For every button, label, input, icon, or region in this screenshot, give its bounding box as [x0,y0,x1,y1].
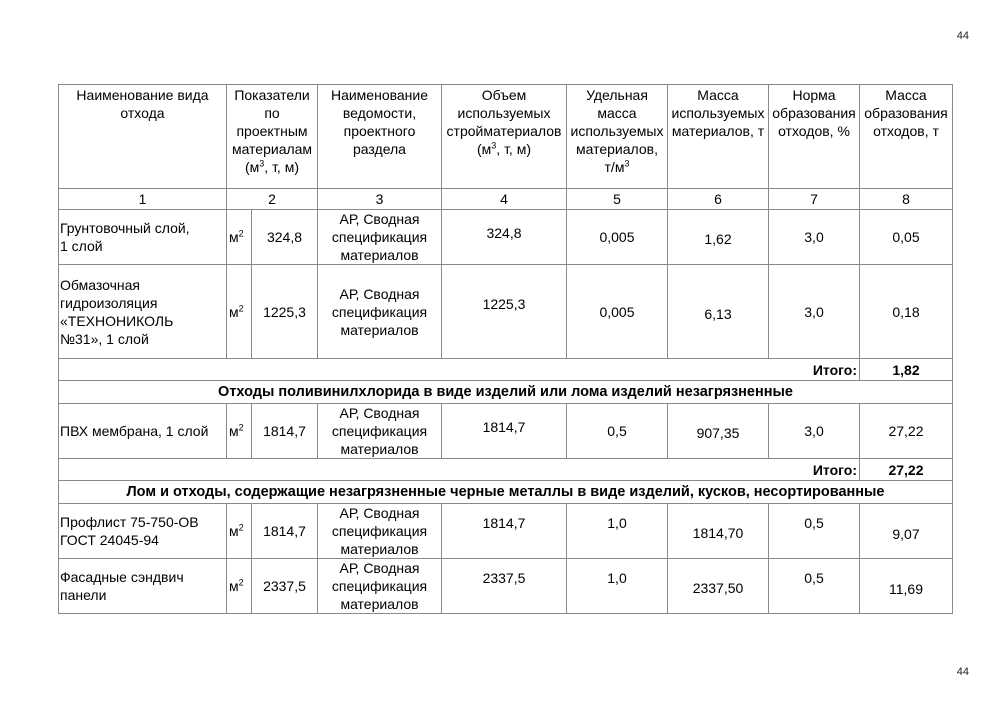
total-label: Итого: [59,359,860,381]
waste-mass-cell: 0,05 [860,210,953,265]
waste-name-cell: ПВХ мембрана, 1 слой [59,404,227,459]
header-material-mass: Массаиспользуемыхматериалов, т [668,85,769,189]
material-mass-cell: 2337,50 [668,559,769,614]
amount-cell: 1814,7 [252,504,318,559]
waste-name-cell: Фасадные сэндвичпанели [59,559,227,614]
waste-mass-cell: 11,69 [860,559,953,614]
total-value: 27,22 [860,459,953,481]
col-number: 3 [318,189,442,210]
table-row: Обмазочнаягидроизоляция«ТЕХНОНИКОЛЬ№31»,… [59,265,953,359]
source-cell: АР, Своднаяспецификацияматериалов [318,210,442,265]
total-row: Итого:27,22 [59,459,953,481]
density-cell: 0,005 [567,210,668,265]
source-cell: АР, Своднаяспецификацияматериалов [318,404,442,459]
volume-cell: 1814,7 [442,504,567,559]
col-number: 1 [59,189,227,210]
density-cell: 0,005 [567,265,668,359]
material-mass-cell: 1,62 [668,210,769,265]
amount-cell: 2337,5 [252,559,318,614]
header-row: Наименование видаотхода Показателипопрое… [59,85,953,189]
total-row: Итого:1,82 [59,359,953,381]
amount-cell: 1225,3 [252,265,318,359]
waste-calculation-table: Наименование видаотхода Показателипопрое… [58,84,953,614]
density-cell: 1,0 [567,559,668,614]
table-row: Профлист 75-750-ОВГОСТ 24045-94м21814,7А… [59,504,953,559]
norm-cell: 0,5 [769,504,860,559]
table-row: ПВХ мембрана, 1 слойм21814,7АР, Своднаяс… [59,404,953,459]
source-cell: АР, Своднаяспецификацияматериалов [318,265,442,359]
waste-mass-cell: 0,18 [860,265,953,359]
density-cell: 1,0 [567,504,668,559]
unit-cell: м2 [227,559,252,614]
col-number: 5 [567,189,668,210]
table-row: Грунтовочный слой,1 слойм2324,8АР, Сводн… [59,210,953,265]
unit-cell: м2 [227,404,252,459]
header-specific-mass: Удельнаямассаиспользуемыхматериалов,т/м3 [567,85,668,189]
col-number: 6 [668,189,769,210]
header-waste-mass: Массаобразованияотходов, т [860,85,953,189]
material-mass-cell: 6,13 [668,265,769,359]
header-statement-name: Наименованиеведомости,проектногораздела [318,85,442,189]
amount-cell: 1814,7 [252,404,318,459]
column-numbers-row: 1 2 3 4 5 6 7 8 [59,189,953,210]
header-material-volume: Объемиспользуемыхстройматериалов(м3, т, … [442,85,567,189]
page-number-bottom: 44 [957,666,969,678]
amount-cell: 324,8 [252,210,318,265]
waste-name-cell: Профлист 75-750-ОВГОСТ 24045-94 [59,504,227,559]
material-mass-cell: 907,35 [668,404,769,459]
col-number: 7 [769,189,860,210]
header-project-indicators: Показателипопроектнымматериалам(м3, т, м… [227,85,318,189]
waste-name-cell: Грунтовочный слой,1 слой [59,210,227,265]
volume-cell: 1814,7 [442,404,567,459]
unit-cell: м2 [227,504,252,559]
volume-cell: 1225,3 [442,265,567,359]
col-number: 2 [227,189,318,210]
norm-cell: 3,0 [769,265,860,359]
waste-mass-cell: 27,22 [860,404,953,459]
total-value: 1,82 [860,359,953,381]
section-header-row: Отходы поливинилхлорида в виде изделий и… [59,381,953,404]
section-header-row: Лом и отходы, содержащие незагрязненные … [59,481,953,504]
page-number-top: 44 [957,30,969,42]
total-label: Итого: [59,459,860,481]
unit-cell: м2 [227,210,252,265]
col-number: 4 [442,189,567,210]
section-title: Лом и отходы, содержащие незагрязненные … [59,481,953,504]
waste-name-cell: Обмазочнаягидроизоляция«ТЕХНОНИКОЛЬ№31»,… [59,265,227,359]
source-cell: АР, Своднаяспецификацияматериалов [318,504,442,559]
norm-cell: 3,0 [769,210,860,265]
material-mass-cell: 1814,70 [668,504,769,559]
section-title: Отходы поливинилхлорида в виде изделий и… [59,381,953,404]
col-number: 8 [860,189,953,210]
volume-cell: 324,8 [442,210,567,265]
norm-cell: 0,5 [769,559,860,614]
density-cell: 0,5 [567,404,668,459]
header-waste-norm: Нормаобразованияотходов, % [769,85,860,189]
waste-mass-cell: 9,07 [860,504,953,559]
volume-cell: 2337,5 [442,559,567,614]
norm-cell: 3,0 [769,404,860,459]
table-row: Фасадные сэндвичпанелим22337,5АР, Сводна… [59,559,953,614]
unit-cell: м2 [227,265,252,359]
source-cell: АР, Своднаяспецификацияматериалов [318,559,442,614]
header-waste-type: Наименование видаотхода [59,85,227,189]
